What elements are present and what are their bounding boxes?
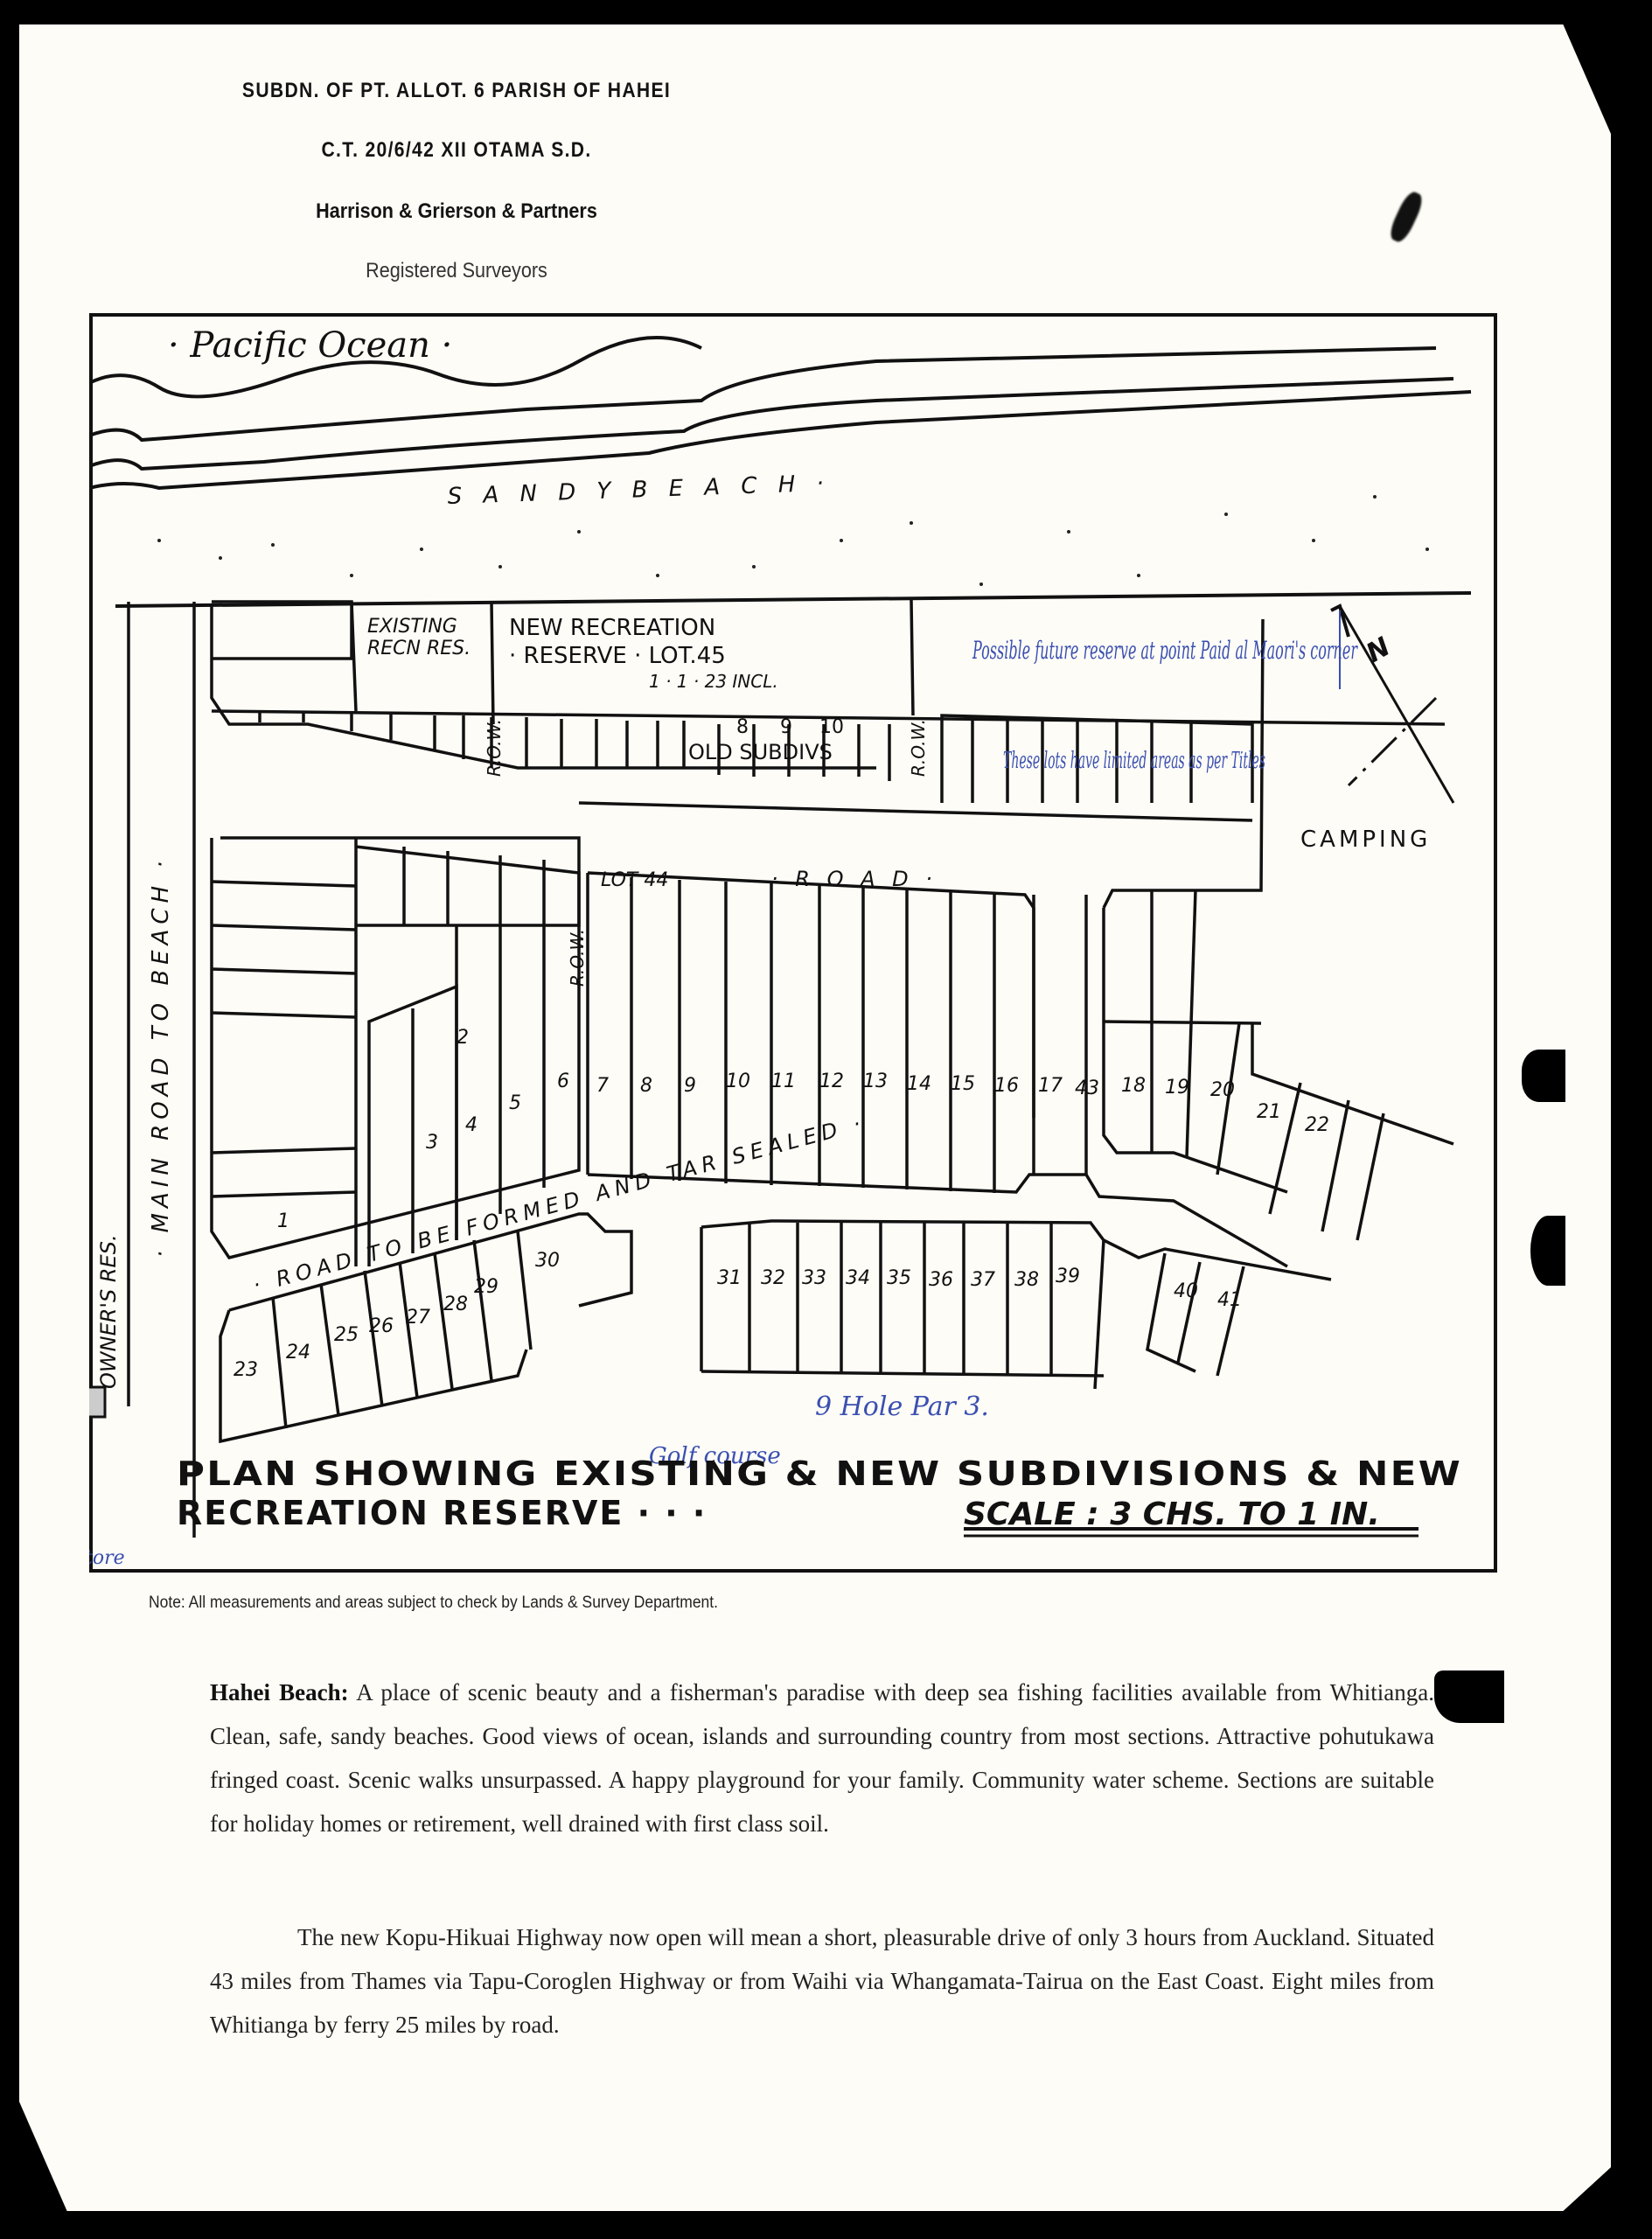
- lot-12: 12: [819, 1071, 844, 1092]
- ocean-label: · Pacific Ocean ·: [168, 325, 452, 366]
- lot-32: 32: [761, 1267, 785, 1289]
- old-lot-10: 10: [819, 716, 844, 738]
- lot-7: 7: [596, 1075, 609, 1097]
- lot-30: 30: [535, 1250, 560, 1272]
- lot-39: 39: [1056, 1266, 1080, 1287]
- handwritten-future-reserve: Possible future reserve at point Paid al…: [972, 636, 1357, 665]
- road-label: · R O A D ·: [771, 867, 938, 891]
- old-subdiv-label: OLD SUBDIVS: [688, 740, 833, 764]
- lot44-label: LOT 44: [601, 869, 668, 891]
- description-paragraph-2: The new Kopu-Hikuai Highway now open wil…: [210, 1915, 1434, 2047]
- lot-40: 40: [1174, 1280, 1198, 1302]
- new-reserve-lot-label: · RESERVE · LOT.45: [509, 643, 726, 669]
- lot-16: 16: [994, 1075, 1019, 1097]
- lot-8: 8: [640, 1075, 652, 1097]
- lot-43: 43: [1075, 1078, 1099, 1099]
- lot-31: 31: [717, 1267, 742, 1289]
- title-subdivision: SUBDN. OF PT. ALLOT. 6 PARISH OF HAHEI: [72, 79, 841, 103]
- row-label-2: R.O.W.: [908, 719, 929, 777]
- lot-2: 2: [457, 1027, 469, 1049]
- owners-res-marker-icon: [89, 1387, 105, 1417]
- title-certificate: C.T. 20/6/42 XII OTAMA S.D.: [72, 138, 841, 163]
- scale-label: SCALE : 3 CHS. TO 1 IN.: [964, 1496, 1380, 1532]
- lot-28: 28: [443, 1294, 468, 1315]
- lot-14: 14: [907, 1073, 931, 1095]
- plan-title-line1: PLAN SHOWING EXISTING & NEW SUBDIVISIONS…: [177, 1454, 1462, 1493]
- paper-tear: [1434, 1671, 1504, 1723]
- lot-11: 11: [771, 1071, 796, 1092]
- lot-24: 24: [286, 1342, 310, 1364]
- lot-19: 19: [1165, 1077, 1189, 1099]
- lot-5: 5: [509, 1092, 521, 1114]
- surveyor-firm: Harrison & Grierson & Partners: [63, 199, 850, 224]
- lot-18: 18: [1121, 1075, 1146, 1097]
- lot-26: 26: [369, 1315, 394, 1337]
- lot-36: 36: [929, 1269, 953, 1291]
- new-reserve-label: NEW RECREATION: [509, 615, 715, 641]
- existing-reserve-label: EXISTING: [367, 616, 457, 638]
- north-label: N: [1362, 631, 1396, 669]
- surveyor-subtitle: Registered Surveyors: [63, 259, 850, 283]
- description-body: A place of scenic beauty and a fisherman…: [210, 1679, 1434, 1837]
- lot-10: 10: [726, 1071, 750, 1092]
- plan-title-line2: RECREATION RESERVE · · ·: [177, 1494, 707, 1532]
- new-reserve-area-label: 1 · 1 · 23 INCL.: [649, 671, 778, 692]
- lot-29: 29: [474, 1276, 498, 1298]
- lot-9: 9: [684, 1075, 696, 1097]
- main-road-label: · MAIN ROAD TO BEACH ·: [148, 855, 174, 1258]
- lot-27: 27: [406, 1307, 430, 1329]
- lot-17: 17: [1038, 1075, 1063, 1097]
- paper-tear: [1530, 1216, 1565, 1286]
- lot-23: 23: [234, 1359, 258, 1381]
- description-paragraph-1: Hahei Beach: A place of scenic beauty an…: [210, 1671, 1434, 1845]
- lot-25: 25: [334, 1324, 359, 1346]
- owners-res-label: OWNER'S RES.: [96, 1234, 121, 1389]
- lot-4: 4: [465, 1114, 477, 1136]
- lot-6: 6: [557, 1071, 569, 1092]
- ink-blot: [1386, 189, 1425, 245]
- handwritten-limited-areas: These lots have limited areas as per Tit…: [1003, 748, 1265, 774]
- description-lead: Hahei Beach:: [210, 1679, 349, 1705]
- survey-plan-map: · Pacific Ocean · S A N D Y B E A C H ·: [89, 313, 1497, 1573]
- row-label-1: R.O.W.: [484, 719, 505, 777]
- lot-3: 3: [426, 1132, 438, 1154]
- handwritten-store: Store: [89, 1547, 125, 1569]
- old-lot-8: 8: [736, 716, 749, 738]
- camping-label: CAMPING: [1300, 827, 1431, 853]
- beach-label: S A N D Y B E A C H ·: [447, 471, 831, 510]
- lot-41: 41: [1217, 1289, 1242, 1311]
- lot-33: 33: [802, 1267, 826, 1289]
- old-lot-9: 9: [780, 716, 792, 738]
- survey-note: Note: All measurements and areas subject…: [149, 1594, 718, 1613]
- lot-1: 1: [277, 1210, 289, 1232]
- lot-21: 21: [1257, 1101, 1281, 1123]
- paper-tear: [1522, 1050, 1565, 1102]
- lot-20: 20: [1210, 1079, 1235, 1101]
- handwritten-nine-hole: 9 Hole Par 3.: [815, 1392, 989, 1422]
- lot-37: 37: [971, 1269, 995, 1291]
- lot-35: 35: [887, 1267, 911, 1289]
- lot-34: 34: [846, 1267, 870, 1289]
- lot-15: 15: [951, 1073, 975, 1095]
- lot-13: 13: [863, 1071, 888, 1092]
- lot-22: 22: [1305, 1114, 1329, 1136]
- existing-reserve-label-2: RECN RES.: [367, 638, 471, 659]
- lot-38: 38: [1014, 1269, 1039, 1291]
- row-label-3: R.O.W.: [567, 929, 588, 987]
